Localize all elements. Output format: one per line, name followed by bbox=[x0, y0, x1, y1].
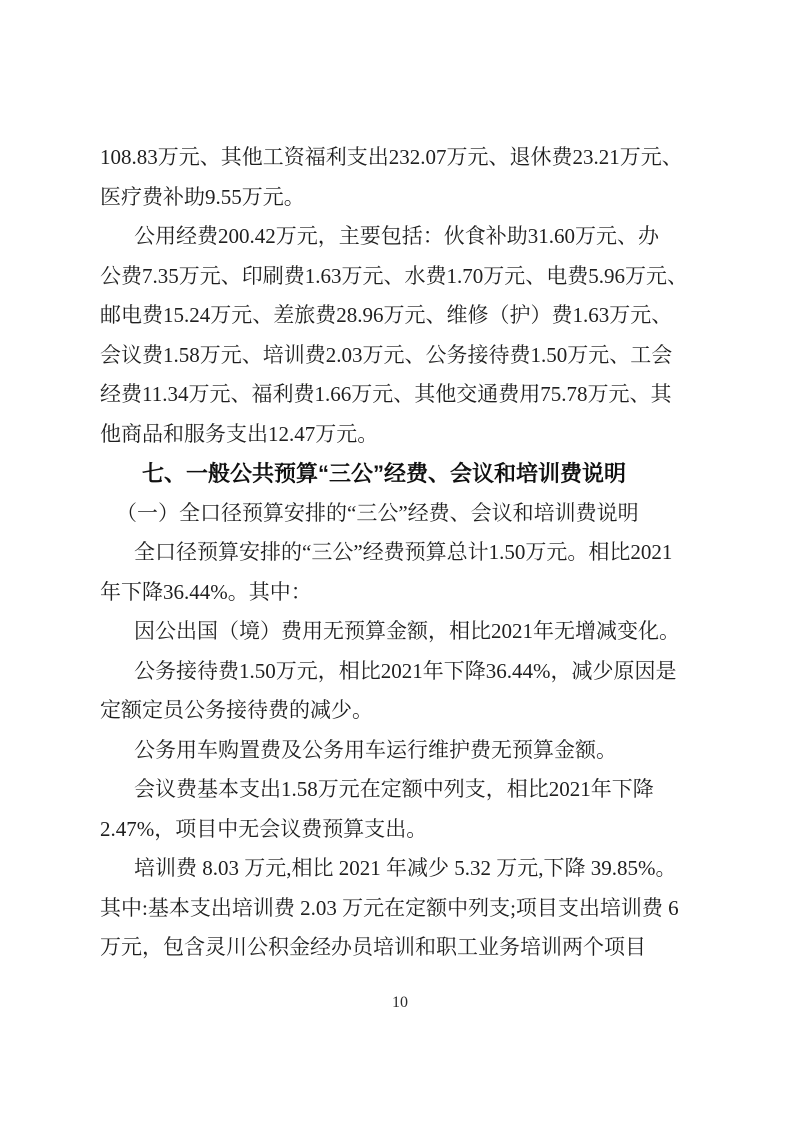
text-line: 年下降36.44%。其中： bbox=[100, 573, 720, 613]
text-line: 医疗费补助9.55万元。 bbox=[100, 178, 720, 218]
text-line: 公务接待费1.50万元，相比2021年下降36.44%，减少原因是 bbox=[100, 652, 720, 692]
text-line: 108.83万元、其他工资福利支出232.07万元、退休费23.21万元、 bbox=[100, 138, 720, 178]
document-page: 108.83万元、其他工资福利支出232.07万元、退休费23.21万元、医疗费… bbox=[0, 0, 800, 1131]
text-line: 经费11.34万元、福利费1.66万元、其他交通费用75.78万元、其 bbox=[100, 375, 720, 415]
text-line: 万元，包含灵川公积金经办员培训和职工业务培训两个项目 bbox=[100, 928, 720, 968]
text-line: 公费7.35万元、印刷费1.63万元、水费1.70万元、电费5.96万元、 bbox=[100, 257, 720, 297]
page-number: 10 bbox=[392, 994, 408, 1011]
text-line: 公务用车购置费及公务用车运行维护费无预算金额。 bbox=[100, 731, 720, 771]
text-line: 会议费1.58万元、培训费2.03万元、公务接待费1.50万元、工会 bbox=[100, 336, 720, 376]
document-body: 108.83万元、其他工资福利支出232.07万元、退休费23.21万元、医疗费… bbox=[100, 138, 720, 968]
text-line: 他商品和服务支出12.47万元。 bbox=[100, 415, 720, 455]
text-line: 2.47%，项目中无会议费预算支出。 bbox=[100, 810, 720, 850]
text-line: 因公出国（境）费用无预算金额，相比2021年无增减变化。 bbox=[100, 612, 720, 652]
text-line: 会议费基本支出1.58万元在定额中列支，相比2021年下降 bbox=[100, 770, 720, 810]
text-line: 全口径预算安排的“三公”经费预算总计1.50万元。相比2021 bbox=[100, 533, 720, 573]
page-footer: 10 bbox=[0, 994, 800, 1012]
text-line: 培训费 8.03 万元,相比 2021 年减少 5.32 万元,下降 39.85… bbox=[100, 849, 720, 889]
text-line: 定额定员公务接待费的减少。 bbox=[100, 691, 720, 731]
text-line: 其中:基本支出培训费 2.03 万元在定额中列支;项目支出培训费 6 bbox=[100, 889, 720, 929]
text-line: 邮电费15.24万元、差旅费28.96万元、维修（护）费1.63万元、 bbox=[100, 296, 720, 336]
text-line: 公用经费200.42万元，主要包括：伙食补助31.60万元、办 bbox=[100, 217, 720, 257]
section-heading: 七、一般公共预算“三公”经费、会议和培训费说明 bbox=[100, 454, 720, 494]
text-line: （一）全口径预算安排的“三公”经费、会议和培训费说明 bbox=[100, 494, 720, 534]
